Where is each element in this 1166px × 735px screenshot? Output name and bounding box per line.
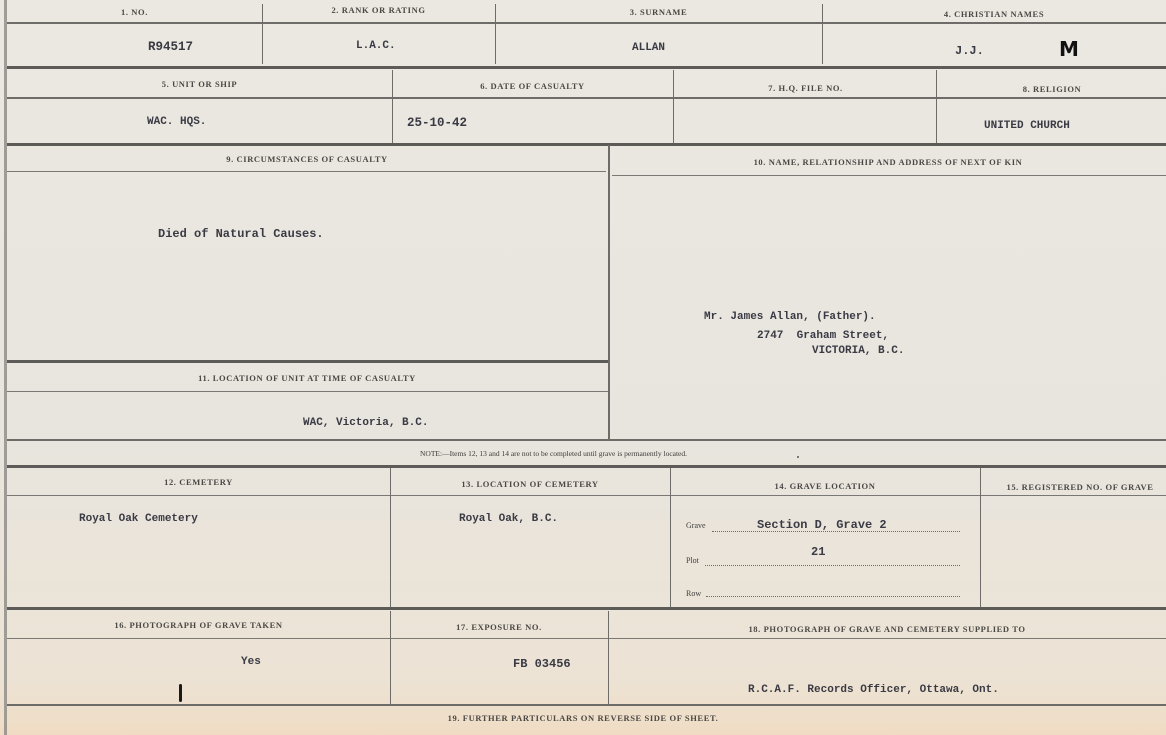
label-christian-names: 4. Christian Names [822, 9, 1166, 19]
divider [7, 465, 1166, 468]
value-no: R94517 [148, 40, 193, 54]
divider [7, 607, 1166, 610]
pencil-tick-mark [179, 684, 182, 702]
label-unit: 5. Unit or Ship [7, 79, 392, 89]
row-dotted-line [706, 596, 960, 597]
label-exposure: 17. Exposure No. [390, 622, 608, 632]
casualty-record-sheet: 1. No. 2. Rank or Rating 3. Surname 4. C… [0, 0, 1166, 735]
label-circumstances: 9. Circumstances of Casualty [7, 154, 607, 164]
divider [7, 171, 606, 172]
next-of-kin-line-1: Mr. James Allan, (Father). [704, 311, 876, 323]
divider [7, 97, 1166, 99]
label-grave-location: 14. Grave Location [670, 481, 980, 491]
label-surname: 3. Surname [495, 7, 822, 17]
footer-note: 19. Further particulars on reverse side … [0, 713, 1166, 723]
divider [7, 360, 608, 363]
value-cemetery-location: Royal Oak, B.C. [459, 513, 558, 525]
next-of-kin-line-3: VICTORIA, B.C. [812, 345, 904, 357]
value-date: 25-10-42 [407, 116, 467, 130]
value-photo-taken: Yes [241, 656, 261, 668]
divider [980, 468, 981, 608]
label-rank: 2. Rank or Rating [262, 5, 495, 15]
label-cemetery: 12. Cemetery [7, 477, 390, 487]
value-grave: Section D, Grave 2 [757, 518, 887, 532]
value-circumstances: Died of Natural Causes. [158, 227, 324, 241]
divider [608, 611, 609, 705]
stamp-mark-icon: M [1057, 38, 1081, 60]
divider [7, 439, 1166, 441]
divider [262, 4, 263, 64]
divider [670, 468, 671, 608]
value-surname: ALLAN [632, 42, 665, 54]
divider [7, 704, 1166, 706]
value-photo-supplied: R.C.A.F. Records Officer, Ottawa, Ont. [748, 684, 999, 696]
divider [7, 66, 1166, 69]
label-no: 1. No. [7, 7, 262, 17]
label-cemetery-location: 13. Location of Cemetery [390, 479, 670, 489]
label-photo-supplied: 18. Photograph of Grave and Cemetery Sup… [608, 624, 1166, 634]
value-religion: UNITED CHURCH [984, 120, 1070, 132]
label-religion: 8. Religion [938, 84, 1166, 94]
divider [936, 70, 937, 143]
row-label: Row [686, 589, 701, 598]
divider [495, 4, 496, 64]
next-of-kin-line-2: 2747 Graham Street, [757, 330, 889, 342]
value-unit: WAC. HQS. [147, 116, 206, 128]
value-christian-names: J.J. [955, 44, 984, 58]
divider [822, 4, 823, 64]
divider [673, 70, 674, 143]
divider [7, 391, 608, 392]
value-exposure: FB 03456 [513, 657, 571, 671]
divider [7, 22, 1166, 24]
value-rank: L.A.C. [356, 40, 396, 52]
divider [612, 175, 1166, 176]
value-location-unit: WAC, Victoria, B.C. [303, 417, 428, 429]
label-date: 6. Date of Casualty [392, 81, 673, 91]
note-text: NOTE:—Items 12, 13 and 14 are not to be … [420, 449, 687, 458]
plot-label: Plot [686, 556, 699, 565]
divider [392, 70, 393, 143]
divider [390, 468, 391, 608]
divider [7, 143, 1166, 146]
label-registered-no: 15. Registered No. of Grave [980, 482, 1166, 492]
value-plot: 21 [811, 545, 825, 559]
divider [390, 611, 391, 705]
label-next-of-kin: 10. Name, Relationship and Address of Ne… [610, 157, 1166, 167]
divider [7, 638, 1166, 639]
grave-label: Grave [686, 521, 706, 530]
value-cemetery: Royal Oak Cemetery [79, 513, 198, 525]
label-location-unit: 11. Location of Unit at Time of Casualty [7, 373, 607, 383]
label-photo-taken: 16. Photograph of Grave Taken [7, 620, 390, 630]
speck [797, 456, 799, 458]
label-hq-file: 7. H.Q. File No. [673, 83, 938, 93]
plot-dotted-line [705, 565, 960, 566]
divider [608, 145, 610, 440]
divider [7, 495, 1166, 496]
